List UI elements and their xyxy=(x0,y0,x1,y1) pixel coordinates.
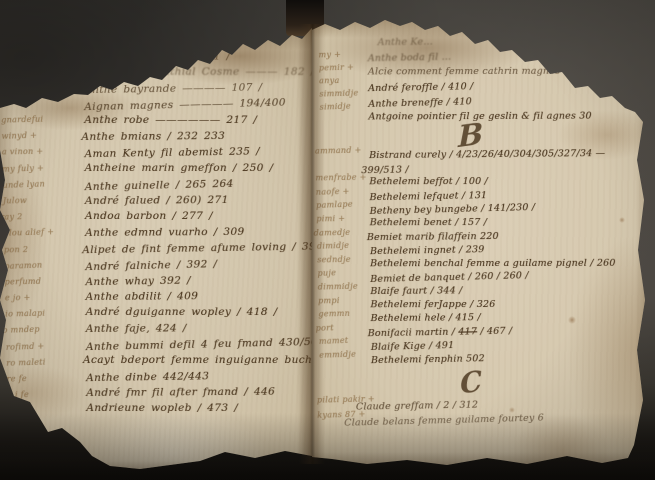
margin-note: pimi + xyxy=(316,212,367,226)
margin-note: gnardefui xyxy=(1,112,52,129)
margin-note: gemmn xyxy=(318,307,369,322)
section-c-entries: Claude greffam / 2 / 312Claude belans fe… xyxy=(356,396,544,429)
register-entry: Blaife faurt / 344 / xyxy=(370,283,616,299)
margin-note: ro maleti xyxy=(6,354,57,372)
initial-letter-c: C xyxy=(459,364,483,401)
margin-note: re fe xyxy=(6,370,57,387)
margin-note: my fuly + xyxy=(2,160,53,178)
margin-note: pemir + xyxy=(319,60,359,74)
margin-note: o mndep xyxy=(2,322,56,340)
margin-note: ammand + xyxy=(315,143,366,158)
left-margin-notes: gnardefuiwinyd +a vinon +my fuly +unde l… xyxy=(1,112,58,404)
margin-note: simidje xyxy=(319,99,359,113)
margin-note: rofimd + xyxy=(6,338,57,356)
section-b-entries: Bistrand curely / 4/23/26/40/304/305/327… xyxy=(369,147,616,367)
margin-note: anya xyxy=(319,74,358,88)
margin-note: pamlape xyxy=(316,197,368,212)
margin-note: a vinon + xyxy=(2,144,53,161)
margin-note: my + xyxy=(318,48,357,62)
margin-note: emmidje xyxy=(319,347,371,362)
register-entry: Bethelemi ferJappe / 326 xyxy=(370,297,616,311)
margin-note: menfrabe + xyxy=(315,171,366,185)
margin-note: winyd + xyxy=(1,127,52,145)
margin-note: paramon xyxy=(4,257,55,275)
manuscript-scan: gnardefuiwinyd +a vinon +my fuly +unde l… xyxy=(0,0,655,480)
margin-note: perfumd xyxy=(4,273,55,290)
left-page: gnardefuiwinyd +a vinon +my fuly +unde l… xyxy=(0,28,312,475)
margin-note: plou alief + xyxy=(3,225,54,243)
margin-note: pon 2 xyxy=(4,241,55,258)
right-margin-notes-top: my +pemir +anyasimmidjesimidje xyxy=(318,48,358,114)
margin-note xyxy=(315,157,367,172)
right-page: my +pemir +anyasimmidjesimidje Anthe Ke…… xyxy=(312,20,655,468)
margin-note: pmpi xyxy=(318,293,369,307)
margin-note: ray 2 xyxy=(0,209,54,226)
margin-note: io malapi xyxy=(5,306,56,323)
register-entry: Bethelemi benet / 157 / xyxy=(370,216,616,230)
margin-note: simmidje xyxy=(319,86,359,100)
margin-note: e jo + xyxy=(5,290,56,307)
right-top-entries: Anthe Ke…Anthe boda fil …Alcie comment f… xyxy=(368,33,592,125)
register-entry: Anthe Ke… xyxy=(378,33,591,50)
margin-note: Julow xyxy=(3,193,54,210)
margin-note: o i fe xyxy=(7,387,58,404)
margin-note: dimmidje xyxy=(318,279,369,294)
margin-note: unde lyan xyxy=(2,176,53,194)
margin-note: dimidje xyxy=(317,238,369,253)
margin-note: puje xyxy=(317,265,369,280)
